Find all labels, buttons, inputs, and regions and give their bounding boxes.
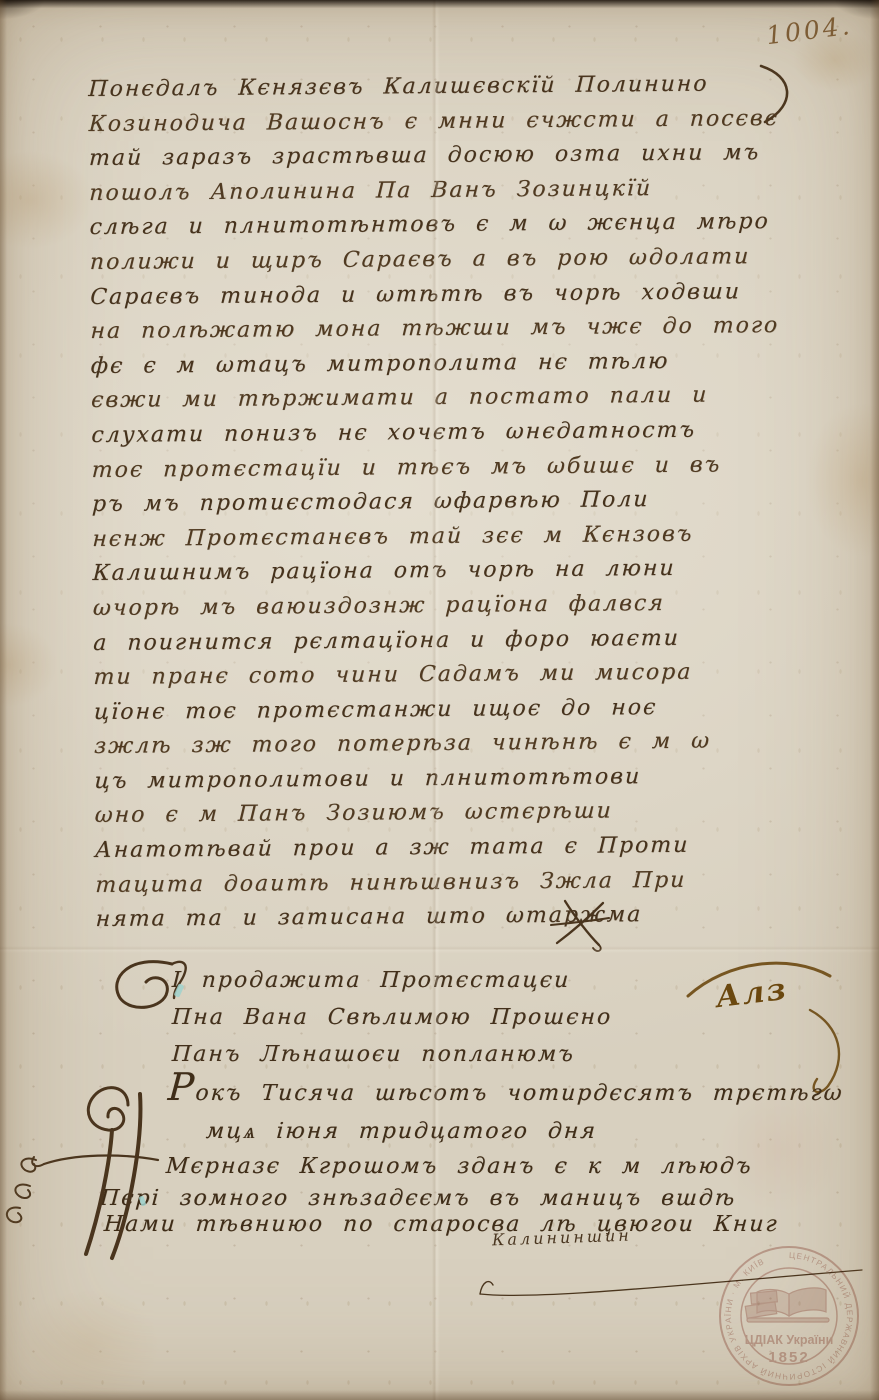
manuscript-line: нята та и затисана што ωтаржма [95,897,787,938]
docket-line: Панъ Лѣнашоєи попланюмъ [171,1036,613,1073]
date-line: Пєрі зомного знѣзадєємъ въ маницъ вшдѣ [99,1186,737,1211]
scan-edge-top [0,0,879,28]
manuscript-line: тай заразъ зрастѣвша досюю озта ихни мъ [88,136,780,177]
docket-line: Пна Вана Свѣлимою Прошєно [171,999,613,1036]
manuscript-line: ръ мъ протиєстодася ωфарвѣю Поли [91,482,783,523]
manuscript-line: Понєдалъ Кєнязєвъ Калишєвскїй Полинино [88,67,780,108]
scribe-signature: Калининшин [492,1226,632,1250]
manuscript-line: євжи ми тѣржимати а постато пали и [90,378,782,419]
manuscript-line: зжлѣ зж того потерѣза чинѣнѣ є м ω [93,724,785,765]
manuscript-line: ωчорѣ мъ ваюиздознж рацїона фалвся [92,586,784,627]
folio-number: 1004. [765,11,854,50]
docket-block: І продажита Протєстацєи Пна Вана Свѣлимо… [172,962,612,1073]
notary-paraph: Алз [714,972,789,1015]
date-line: мцѧ іюня тридцатого дня [205,1118,598,1144]
archive-stamp-icon: ЦЕНТРАЛЬНИЙ ДЕРЖАВНИЙ ІСТОРИЧНИЙ АРХІВ У… [702,1232,877,1400]
scan-edge-left [0,0,7,1400]
books-icon [745,1288,829,1322]
horizontal-fold-crease [0,946,879,953]
manuscript-line: полижи и щиръ Сараєвъ а въ рою ωдолати [89,240,781,281]
docket-line: І продажита Протєстацєи [171,962,613,999]
main-text-block: Понєдалъ Кєнязєвъ Калишєвскїй Полинино К… [88,67,786,938]
manuscript-line: ти пранє сото чини Садамъ ми мисора [93,655,785,696]
date-line: Нами тѣвниюо по старосва лѣ цвюгои Книг [103,1212,779,1237]
stamp-center-year: 1852 [768,1349,809,1366]
date-line: Рокъ Тисяча шѣсотъ чотирдєсятъ трєтѣгω [167,1076,845,1106]
scan-edge-right [870,0,879,1400]
scan-edge-bottom [0,1390,879,1400]
manuscript-line: слухати понизъ нє хочєтъ ωнєдатностъ [91,413,783,454]
signature-underline-flourish-icon [458,1252,878,1302]
svg-text:ЦЕНТРАЛЬНИЙ ДЕРЖАВНИЙ ІСТОРИЧН: ЦЕНТРАЛЬНИЙ ДЕРЖАВНИЙ ІСТОРИЧНИЙ АРХІВ У… [723,1251,854,1381]
manuscript-line: Калишнимъ рацїона отъ чорѣ на люни [92,551,784,592]
stamp-center-name: ЦДІАК України [745,1333,834,1347]
manuscript-line: Анатотѣвай прои а зж тата є Проти [94,828,786,869]
manuscript-line: на полѣжатю мона тѣжши мъ чжє до того [90,309,782,350]
date-line: Мєрназє Кгрошомъ зданъ є к м лѣюдъ [165,1154,753,1179]
manuscript-page: 1004. Понєдалъ Кєнязєвъ Калишєвскїй Поли… [0,0,879,1400]
stamp-ring-text: ЦЕНТРАЛЬНИЙ ДЕРЖАВНИЙ ІСТОРИЧНИЙ АРХІВ У… [723,1251,854,1381]
